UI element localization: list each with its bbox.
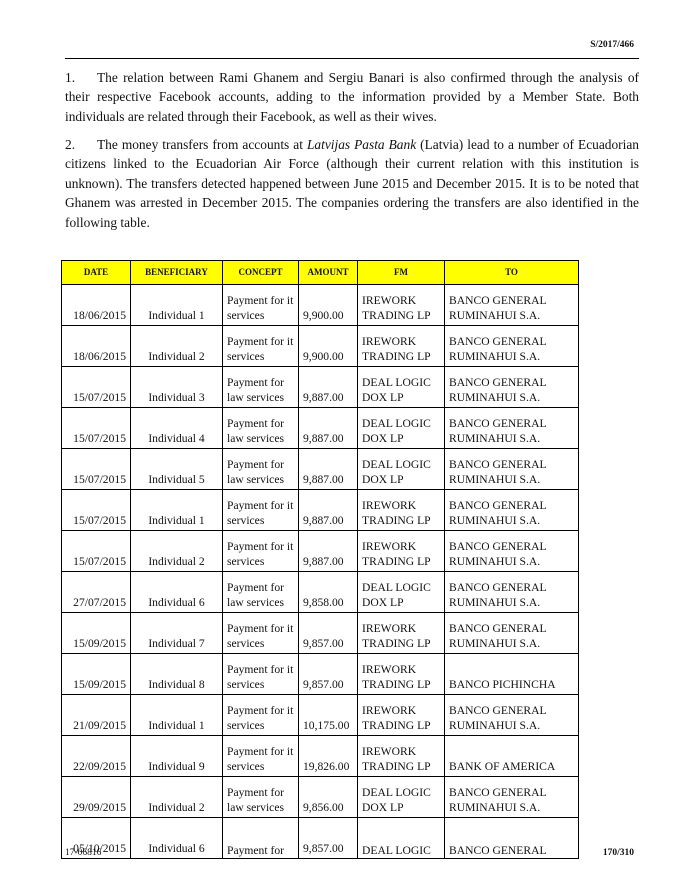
paragraph-text-before: The money transfers from accounts at	[97, 137, 307, 152]
cell-concept: Payment for	[223, 818, 299, 859]
cell-amount: 9,900.00	[299, 326, 358, 367]
paragraph-number: 1.	[65, 68, 97, 87]
cell-beneficiary: Individual 1	[131, 695, 223, 736]
cell-concept: Payment for itservices	[223, 654, 299, 695]
cell-concept: Payment forlaw services	[223, 367, 299, 408]
cell-date: 22/09/2015	[62, 736, 131, 777]
document-symbol: S/2017/466	[590, 40, 634, 50]
cell-fm: DEAL LOGICDOX LP	[358, 449, 445, 490]
paragraph-1: 1.The relation between Rami Ghanem and S…	[65, 68, 639, 126]
cell-to: BANCO GENERALRUMINAHUI S.A.	[445, 613, 579, 654]
cell-beneficiary: Individual 2	[131, 326, 223, 367]
cell-to: BANK OF AMERICA	[445, 736, 579, 777]
cell-fm: DEAL LOGICDOX LP	[358, 367, 445, 408]
cell-date: 15/09/2015	[62, 613, 131, 654]
cell-concept: Payment for itservices	[223, 736, 299, 777]
cell-to: BANCO PICHINCHA	[445, 654, 579, 695]
cell-amount: 9,900.00	[299, 285, 358, 326]
cell-to: BANCO GENERALRUMINAHUI S.A.	[445, 695, 579, 736]
document-number: 17-06816	[65, 848, 101, 858]
table-row: 15/07/2015Individual 5Payment forlaw ser…	[62, 449, 579, 490]
cell-amount: 10,175.00	[299, 695, 358, 736]
paragraph-text: The relation between Rami Ghanem and Ser…	[65, 70, 639, 124]
table-row: 15/07/2015Individual 2Payment for itserv…	[62, 531, 579, 572]
paragraph-2: 2.The money transfers from accounts at L…	[65, 135, 639, 232]
cell-fm: DEAL LOGIC	[358, 818, 445, 859]
cell-amount: 9,887.00	[299, 367, 358, 408]
cell-fm: IREWORKTRADING LP	[358, 695, 445, 736]
cell-beneficiary: Individual 3	[131, 367, 223, 408]
table-row: 15/07/2015Individual 3Payment forlaw ser…	[62, 367, 579, 408]
table-row: 21/09/2015Individual 1Payment for itserv…	[62, 695, 579, 736]
bank-name-italic: Latvijas Pasta Bank	[307, 137, 416, 152]
cell-fm: IREWORKTRADING LP	[358, 736, 445, 777]
cell-to: BANCO GENERALRUMINAHUI S.A.	[445, 408, 579, 449]
cell-to: BANCO GENERALRUMINAHUI S.A.	[445, 326, 579, 367]
cell-to: BANCO GENERALRUMINAHUI S.A.	[445, 777, 579, 818]
cell-fm: IREWORKTRADING LP	[358, 285, 445, 326]
cell-to: BANCO GENERAL	[445, 818, 579, 859]
cell-beneficiary: Individual 6	[131, 818, 223, 859]
cell-date: 27/07/2015	[62, 572, 131, 613]
column-header-fm: FM	[358, 261, 445, 285]
column-header-date: DATE	[62, 261, 131, 285]
cell-amount: 9,856.00	[299, 777, 358, 818]
cell-concept: Payment forlaw services	[223, 572, 299, 613]
cell-to: BANCO GENERALRUMINAHUI S.A.	[445, 531, 579, 572]
column-header-to: TO	[445, 261, 579, 285]
cell-to: BANCO GENERALRUMINAHUI S.A.	[445, 449, 579, 490]
cell-fm: IREWORKTRADING LP	[358, 490, 445, 531]
cell-amount: 9,857.00	[299, 613, 358, 654]
cell-date: 15/07/2015	[62, 408, 131, 449]
cell-date: 15/09/2015	[62, 654, 131, 695]
cell-amount: 9,857.00	[299, 818, 358, 859]
cell-date: 15/07/2015	[62, 531, 131, 572]
table-row: 18/06/2015Individual 1Payment for itserv…	[62, 285, 579, 326]
transfers-table: DATEBENEFICIARYCONCEPTAMOUNTFMTO 18/06/2…	[61, 260, 579, 859]
cell-beneficiary: Individual 2	[131, 777, 223, 818]
cell-date: 15/07/2015	[62, 449, 131, 490]
cell-beneficiary: Individual 1	[131, 490, 223, 531]
cell-date: 29/09/2015	[62, 777, 131, 818]
cell-to: BANCO GENERALRUMINAHUI S.A.	[445, 572, 579, 613]
cell-amount: 9,887.00	[299, 408, 358, 449]
table-header-row: DATEBENEFICIARYCONCEPTAMOUNTFMTO	[62, 261, 579, 285]
table-row: 22/09/2015Individual 9Payment for itserv…	[62, 736, 579, 777]
cell-beneficiary: Individual 9	[131, 736, 223, 777]
table-row: 15/07/2015Individual 4Payment forlaw ser…	[62, 408, 579, 449]
cell-concept: Payment for itservices	[223, 285, 299, 326]
cell-amount: 9,858.00	[299, 572, 358, 613]
column-header-concept: CONCEPT	[223, 261, 299, 285]
cell-to: BANCO GENERALRUMINAHUI S.A.	[445, 285, 579, 326]
table-row: 15/09/2015Individual 8Payment for itserv…	[62, 654, 579, 695]
table-row: 29/09/2015Individual 2Payment forlaw ser…	[62, 777, 579, 818]
table-row: 15/07/2015Individual 1Payment for itserv…	[62, 490, 579, 531]
cell-date: 18/06/2015	[62, 326, 131, 367]
cell-amount: 19,826.00	[299, 736, 358, 777]
column-header-beneficiary: BENEFICIARY	[131, 261, 223, 285]
cell-amount: 9,857.00	[299, 654, 358, 695]
table-row: 15/09/2015Individual 7Payment for itserv…	[62, 613, 579, 654]
cell-fm: IREWORKTRADING LP	[358, 326, 445, 367]
cell-concept: Payment forlaw services	[223, 408, 299, 449]
cell-concept: Payment for itservices	[223, 490, 299, 531]
table-row: 18/06/2015Individual 2Payment for itserv…	[62, 326, 579, 367]
cell-beneficiary: Individual 8	[131, 654, 223, 695]
cell-concept: Payment for itservices	[223, 531, 299, 572]
cell-amount: 9,887.00	[299, 449, 358, 490]
cell-to: BANCO GENERALRUMINAHUI S.A.	[445, 490, 579, 531]
cell-fm: DEAL LOGICDOX LP	[358, 572, 445, 613]
cell-date: 18/06/2015	[62, 285, 131, 326]
header-rule	[65, 58, 639, 59]
cell-beneficiary: Individual 6	[131, 572, 223, 613]
column-header-amount: AMOUNT	[299, 261, 358, 285]
cell-date: 21/09/2015	[62, 695, 131, 736]
cell-beneficiary: Individual 4	[131, 408, 223, 449]
paragraph-number: 2.	[65, 135, 97, 154]
cell-beneficiary: Individual 1	[131, 285, 223, 326]
table-row: 27/07/2015Individual 6Payment forlaw ser…	[62, 572, 579, 613]
cell-amount: 9,887.00	[299, 531, 358, 572]
cell-beneficiary: Individual 2	[131, 531, 223, 572]
cell-concept: Payment for itservices	[223, 695, 299, 736]
cell-fm: IREWORKTRADING LP	[358, 613, 445, 654]
cell-date: 15/07/2015	[62, 367, 131, 408]
cell-fm: IREWORKTRADING LP	[358, 654, 445, 695]
cell-fm: IREWORKTRADING LP	[358, 531, 445, 572]
cell-fm: DEAL LOGICDOX LP	[358, 777, 445, 818]
cell-concept: Payment for itservices	[223, 613, 299, 654]
table-row-partial: 05/10/2015Individual 6Payment for9,857.0…	[62, 818, 579, 859]
cell-to: BANCO GENERALRUMINAHUI S.A.	[445, 367, 579, 408]
cell-concept: Payment forlaw services	[223, 777, 299, 818]
page-number: 170/310	[603, 848, 634, 858]
cell-concept: Payment forlaw services	[223, 449, 299, 490]
cell-concept: Payment for itservices	[223, 326, 299, 367]
cell-date: 15/07/2015	[62, 490, 131, 531]
cell-beneficiary: Individual 5	[131, 449, 223, 490]
cell-beneficiary: Individual 7	[131, 613, 223, 654]
cell-amount: 9,887.00	[299, 490, 358, 531]
cell-fm: DEAL LOGICDOX LP	[358, 408, 445, 449]
